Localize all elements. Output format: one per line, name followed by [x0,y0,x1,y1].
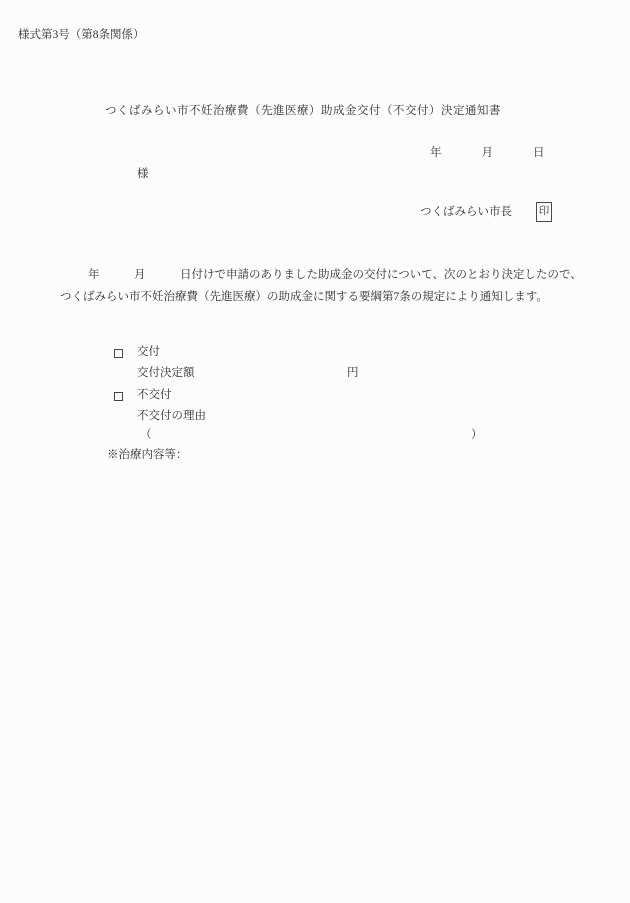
notification-body-line2: つくばみらい市不妊治療費（先進医療）の助成金に関する要綱第7条の規定により通知し… [60,286,578,308]
deny-checkbox[interactable] [114,392,123,401]
seal-box: 印 [536,202,552,222]
notification-body: 年 月 日付けで申請のありました助成金の交付について、次のとおり決定したので、 … [60,264,578,308]
issue-date-line: 年 月 日 [430,146,545,161]
issue-date-day-label: 日 [533,146,545,161]
deny-reason-paren-open: （ [140,428,152,443]
document-title: つくばみらい市不妊治療費（先進医療）助成金交付（不交付）決定通知書 [105,104,501,119]
form-number: 様式第3号（第8条関係） [18,28,145,43]
issue-date-year-label: 年 [430,146,442,161]
grant-option-label: 交付 [137,345,160,360]
grant-amount-unit-label: 円 [347,366,359,381]
addressee-honorific: 様 [137,167,149,182]
grant-checkbox[interactable] [114,349,123,358]
treatment-note-label: ※治療内容等： [107,448,188,463]
issue-date-month-label: 月 [482,146,494,161]
grant-amount-label: 交付決定額 [137,366,195,381]
deny-reason-label: 不交付の理由 [137,409,206,424]
deny-option-label: 不交付 [137,388,172,403]
seal-character: 印 [539,205,550,219]
notification-body-line1: 年 月 日付けで申請のありました助成金の交付について、次のとおり決定したので、 [60,264,578,286]
sender-name: つくばみらい市長 [420,205,512,220]
deny-reason-paren-close: ） [471,428,483,443]
document-page: 様式第3号（第8条関係） つくばみらい市不妊治療費（先進医療）助成金交付（不交付… [0,0,630,903]
